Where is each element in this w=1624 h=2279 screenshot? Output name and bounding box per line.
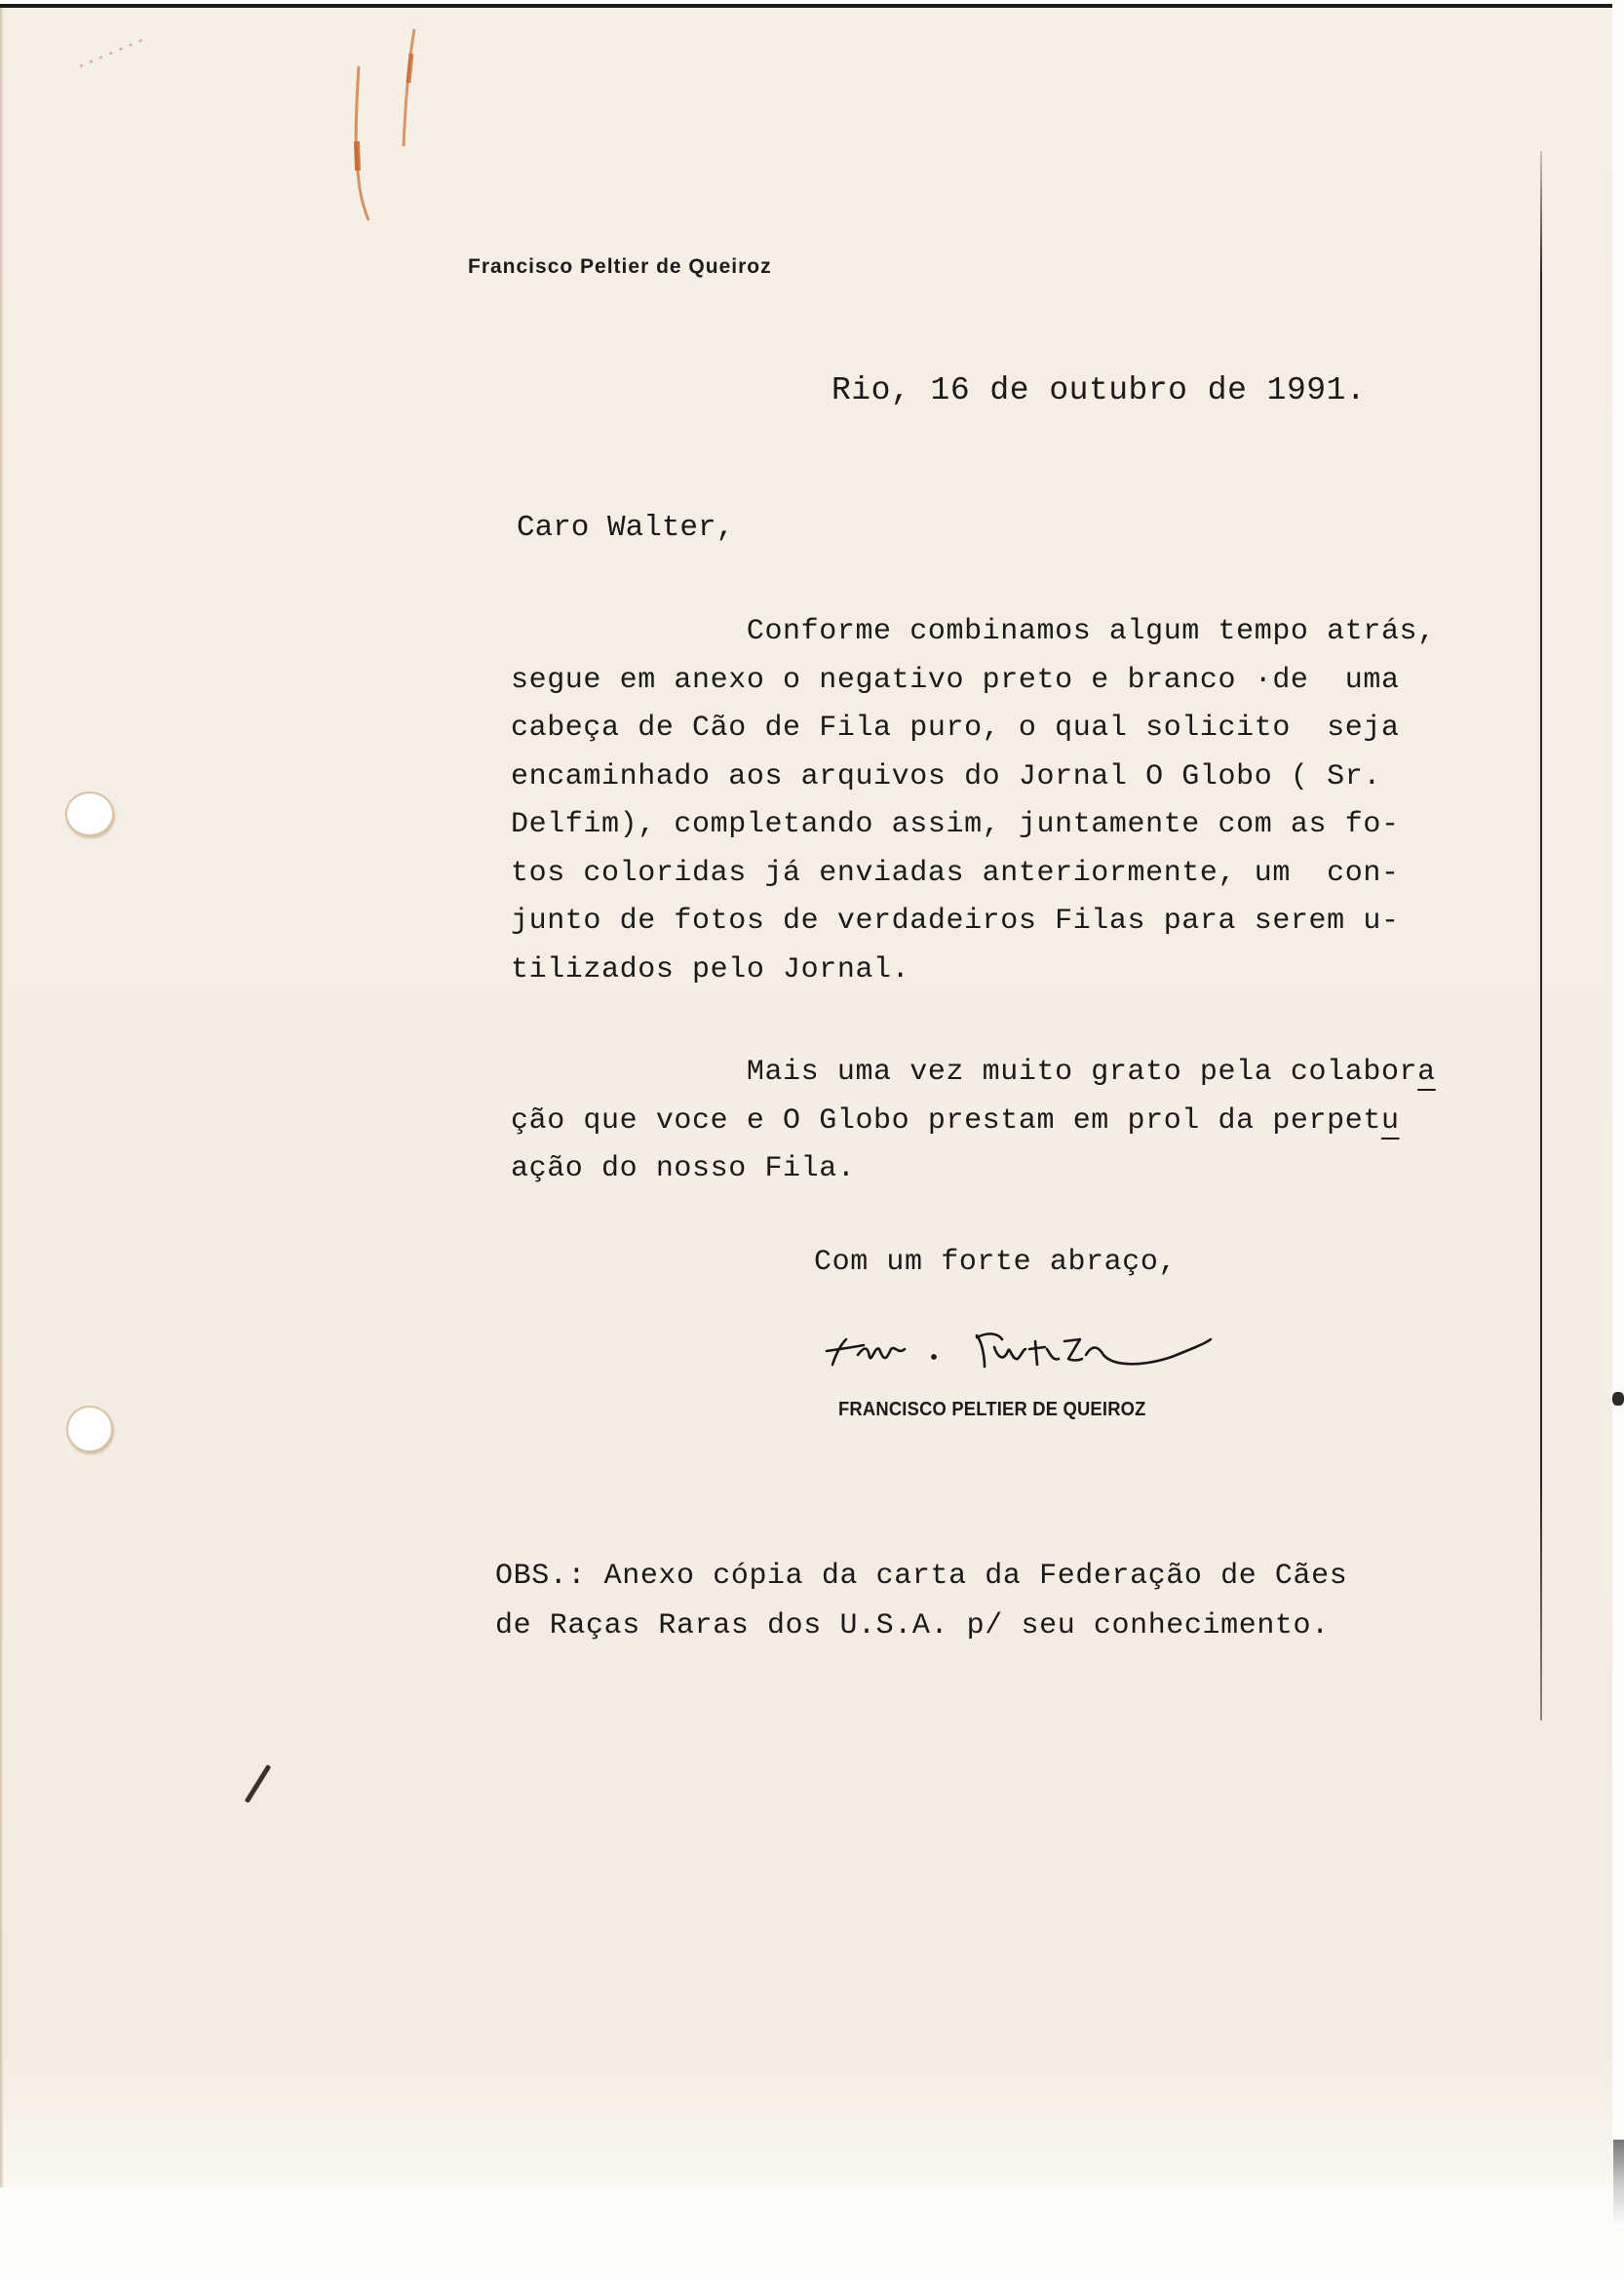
- handwritten-signature: [821, 1316, 1308, 1384]
- obs-line: de Raças Raras dos U.S.A. p/ seu conheci…: [495, 1602, 1347, 1651]
- scan-speck: [1612, 1392, 1624, 1406]
- paragraph-1-line: encaminhado aos arquivos do Jornal O Glo…: [511, 753, 1436, 802]
- obs-line: OBS.: Anexo cópia da carta da Federação …: [495, 1552, 1347, 1602]
- paragraph-1-line: Delfim), completando assim, juntamente c…: [511, 801, 1436, 850]
- closing: Com um forte abraço,: [814, 1246, 1177, 1279]
- paragraph-2-line-text: ção que voce e O Globo prestam em prol d…: [511, 1104, 1381, 1138]
- margin-rule-line: [1540, 151, 1542, 1720]
- scan-edge-shadow: [1613, 2140, 1624, 2227]
- paper-edge-shadow: [0, 8, 4, 2187]
- letter-date: Rio, 16 de outubro de 1991.: [831, 372, 1366, 408]
- paragraph-2-line: ção que voce e O Globo prestam em prol d…: [511, 1098, 1436, 1146]
- obs-note: OBS.: Anexo cópia da carta da Federação …: [495, 1552, 1347, 1651]
- paragraph-1-line: junto de fotos de verdadeiros Filas para…: [511, 898, 1436, 946]
- paragraph-1-line: cabeça de Cão de Fila puro, o qual solic…: [511, 705, 1436, 753]
- signer-name: FRANCISCO PELTIER DE QUEIROZ: [838, 1399, 1146, 1421]
- punch-hole-bottom: [66, 1406, 113, 1452]
- punch-hole-top: [65, 792, 114, 836]
- underlined-hyphen-char: u: [1381, 1104, 1400, 1138]
- paragraph-1-line: Conforme combinamos algum tempo atrás,: [511, 608, 1436, 657]
- paragraph-2-line: Mais uma vez muito grato pela colabora: [511, 1049, 1436, 1098]
- letterhead-name: Francisco Peltier de Queiroz: [468, 255, 772, 279]
- salutation: Caro Walter,: [517, 511, 734, 545]
- paragraph-2-line: ação do nosso Fila.: [511, 1145, 1436, 1194]
- paragraph-1-line: tilizados pelo Jornal.: [511, 946, 1436, 995]
- paragraph-1: Conforme combinamos algum tempo atrás,se…: [511, 608, 1436, 994]
- paragraph-1-line: segue em anexo o negativo preto e branco…: [511, 657, 1436, 706]
- underlined-hyphen-char: a: [1417, 1056, 1436, 1089]
- paragraph-2: Mais uma vez muito grato pela colaboraçã…: [511, 1049, 1436, 1194]
- paragraph-1-line: tos coloridas já enviadas anteriormente,…: [511, 850, 1436, 899]
- paragraph-2-line-text: Mais uma vez muito grato pela colabor: [511, 1056, 1417, 1089]
- crayon-marks: [0, 0, 487, 253]
- scan-edge: [1612, 0, 1624, 2279]
